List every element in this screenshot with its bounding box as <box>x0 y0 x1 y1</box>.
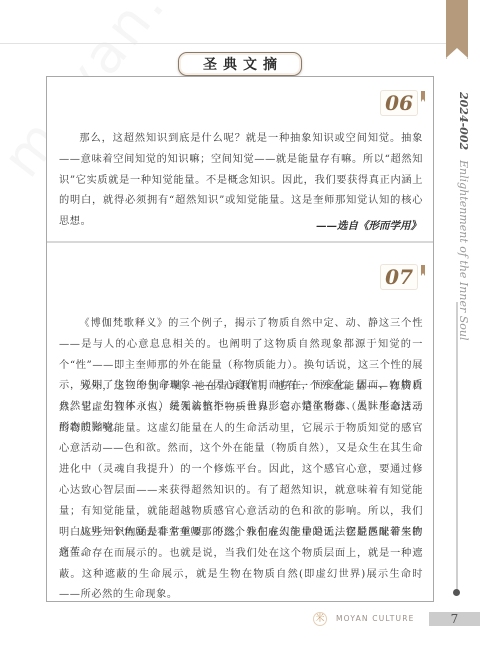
flag-icon <box>421 91 425 102</box>
paragraph: 从另一个角度去看主奎师那的这个外在虚幻能量的话，它是匹配着生物之生命存在而展示的… <box>59 523 423 606</box>
logo-glyph: 米 <box>315 615 324 624</box>
side-dot-icon <box>453 589 460 596</box>
side-rule <box>456 302 458 590</box>
bookmark-notch <box>446 48 468 58</box>
moyan-logo-icon: 米 <box>313 612 327 626</box>
section-number-badge: 07 <box>380 264 425 290</box>
section-number: 06 <box>380 90 418 116</box>
section-number: 07 <box>380 264 418 290</box>
source-citation: ——选自《形而学用》 <box>316 218 421 233</box>
section-tag-label: 圣典文摘 <box>197 54 283 74</box>
issue-title: Enlightenment of the Inner Soul <box>457 160 470 340</box>
issue-code: 2024-002 <box>457 92 470 150</box>
section-number-badge: 06 <box>380 90 425 116</box>
section-tag: 圣典文摘 <box>178 52 302 76</box>
side-issue-title: 2024-002 Enlightenment of the Inner Soul <box>457 92 470 340</box>
content-box: 06 那么，这超然知识到底是什么呢？就是一种抽象知识或空间知觉。抽象——意味着空… <box>46 76 434 602</box>
section-divider <box>47 241 433 243</box>
footer-brand: MOYAN CULTURE <box>336 614 415 623</box>
flag-icon <box>421 265 425 276</box>
top-rule <box>0 43 448 44</box>
page-number: 7 <box>429 612 480 626</box>
